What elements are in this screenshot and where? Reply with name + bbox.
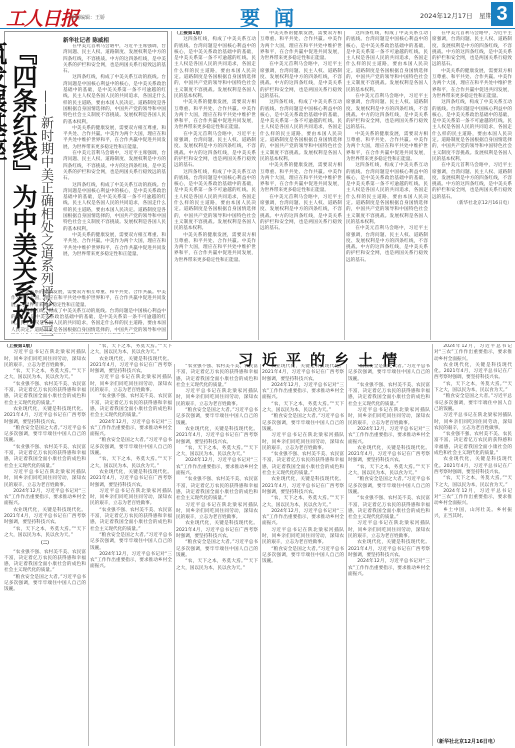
- paragraph: “粮食安全是国之大者。”习近平总书记多次强调，要牢牢端住中国人自己的饭碗。: [176, 408, 258, 427]
- paragraph: 习近平总书记在陕北梁家河插队时，同乡亲们同吃同住同劳动，深知农民的艰辛，立志为老…: [176, 503, 258, 522]
- paragraph: 农业现代化，关键是科技现代化。2021年4月，习近平总书记在广西考察时强调，要坚…: [262, 477, 344, 496]
- column-divider: [174, 364, 175, 746]
- paragraph: 习近平总书记在陕北梁家河插队时，同乡亲们同吃同住同劳动，深知农民的艰辛，立志为老…: [4, 350, 86, 369]
- paragraph: 这四条红线，构成了中美关系互动的底线。台湾问题是中国核心利益中的核心，是中美关系…: [63, 183, 166, 233]
- paragraph: “农业强不强、农村美不美、农民富不富，决定着亿万农民的获得感和幸福感，决定着我国…: [348, 383, 430, 408]
- paragraph: “农，天下之本，务莫大焉。”“天下之大，国以民为本，民以食为天。”: [176, 446, 258, 459]
- paragraph: 农业现代化，关键是科技现代化。2021年4月，习近平总书记在广西考察时强调，要坚…: [262, 364, 344, 383]
- paragraph: 农业现代化，关键是科技现代化。2021年4月，习近平总书记在广西考察时强调，要坚…: [348, 540, 430, 559]
- paragraph: 这四条红线，构成了中美关系互动的底线。台湾问题是中国核心利益中的核心，是中美关系…: [432, 100, 512, 163]
- paragraph: “农业强不强、农村美不美、农民富不富，决定着亿万农民的获得感和幸福感，决定着我国…: [90, 508, 172, 533]
- section-marker: （二）: [4, 541, 86, 547]
- paragraph: “农业强不强、农村美不美、农民富不富，决定着亿万农民的获得感和幸福感，决定着我国…: [4, 550, 86, 575]
- paragraph: 农业现代化，关键是科技现代化。2021年4月，习近平总书记在广西考察时强调，要坚…: [90, 357, 172, 376]
- paragraph: 中美关系的健康发展，需要双方相互尊重、和平共处、合作共赢。中美作为两个大国，理应…: [346, 132, 428, 163]
- paragraph: “农，天下之本，务莫大焉。”“天下之大，国以民为本，民以食为天。”: [434, 382, 512, 395]
- editor-credit: 要闻编辑：王娇: [70, 14, 105, 21]
- paragraph: 农业现代化，关键是科技现代化。2021年4月，习近平总书记在广西考察时强调，要坚…: [176, 521, 258, 540]
- paragraph: 这四条红线，构成了中美关系互动的底线。台湾问题是中国核心利益中的核心，是中美关系…: [346, 163, 428, 226]
- paragraph: 中美关系的健康发展，需要双方相互尊重、和平共处、合作共赢。中美作为两个大国，理应…: [260, 31, 342, 62]
- paragraph: 中美关系的健康发展，需要双方相互尊重、和平共处、合作共赢。中美作为两个大国，理应…: [260, 163, 342, 194]
- masthead: 工人日报 要闻编辑：王娇 要闻 2024年12月17日 星期二 3: [0, 0, 515, 30]
- issue-date: 2024年12月17日 星期二: [420, 11, 499, 20]
- paragraph: “农，天下之本，务莫大焉。”“天下之大，国以民为本，民以食为天。”: [90, 344, 172, 357]
- paragraph: 在中美元首利马会晤中，习近平主席强调，台湾问题、民主人权、道路制度、发展权利是中…: [432, 31, 512, 69]
- paragraph: “农业强不强、农村美不美、农民富不富，决定着亿万农民的获得感和幸福感，决定着我国…: [434, 432, 512, 457]
- column-divider: [260, 364, 261, 746]
- paragraph: “粮食安全是国之大者。”习近平总书记多次强调，要牢牢端住中国人自己的饭碗。: [90, 438, 172, 457]
- paragraph: 习近平总书记在陕北梁家河插队时，同乡亲们同吃同住同劳动，深知农民的艰辛，立志为老…: [348, 408, 430, 427]
- paragraph: “农，天下之本，务莫大焉。”“天下之大，国以民为本，民以食为天。”: [262, 496, 344, 509]
- column-divider: [430, 31, 431, 340]
- paragraph: 这四条红线，构成了中美关系互动的底线。台湾问题是中国核心利益中的核心，是中美关系…: [174, 170, 256, 233]
- paragraph: “粮食安全是国之大者。”习近平总书记多次强调，要牢牢端住中国人自己的饭碗。: [176, 540, 258, 559]
- column-divider: [88, 344, 89, 746]
- paragraph: “农业强不强、农村美不美、农民富不富，决定着亿万农民的获得感和幸福感，决定着我国…: [4, 445, 86, 470]
- bottom-article-col5: “粮食安全是国之大者。”习近平总书记多次强调，要牢牢端住中国人自己的饭碗。 “农…: [348, 364, 430, 746]
- paragraph: 农业现代化，关键是科技现代化。2021年4月，习近平总书记在广西考察时强调，要坚…: [90, 470, 172, 489]
- section-title: 要闻: [240, 2, 308, 31]
- paragraph: 农业现代化，关键是科技现代化。2021年4月，习近平总书记在广西考察时强调，要坚…: [434, 363, 512, 382]
- paragraph: “粮食安全是国之大者。”习近平总书记多次强调，要牢牢端住中国人自己的饭碗。: [4, 575, 86, 594]
- paragraph: 农业现代化，关键是科技现代化。2021年4月，习近平总书记在广西考察时强调，要坚…: [434, 457, 512, 476]
- paragraph: 习近平总书记在陕北梁家河插队时，同乡亲们同吃同住同劳动，深知农民的艰辛，立志为老…: [90, 489, 172, 508]
- paragraph: “粮食安全是国之大者。”习近平总书记多次强调，要牢牢端住中国人自己的饭碗。: [90, 533, 172, 552]
- top-article-col2: （上接第1版） 这四条红线，构成了中美关系互动的底线。台湾问题是中国核心利益中的…: [174, 31, 256, 340]
- paragraph: 中美关系的健康发展，需要双方相互尊重、和平共处、合作共赢。中美作为两个大国，理应…: [432, 69, 512, 100]
- paragraph: “农，天下之本，务莫大焉。”“天下之大，国以民为本，民以食为天。”: [176, 559, 258, 572]
- paragraph: “农，天下之本，务莫大焉。”“天下之大，国以民为本，民以食为天。”: [4, 527, 86, 540]
- paragraph: 在中美元首利马会晤中，习近平主席强调，台湾问题、民主人权、道路制度、发展权利是中…: [174, 132, 256, 170]
- top-article-dateline: （新华社北京12月16日电）: [432, 201, 512, 207]
- paragraph: 中美关系的健康发展，需要双方相互尊重、和平共处、合作共赢。中美作为两个大国，理应…: [11, 290, 166, 309]
- top-article-body-bottom: 中美关系的健康发展，需要双方相互尊重、和平共处、合作共赢。中美作为两个大国，理应…: [11, 290, 166, 334]
- paragraph: “农，天下之本，务莫大焉。”“天下之大，国以民为本，民以食为天。”: [4, 369, 86, 382]
- paragraph: 这四条红线，构成了中美关系互动的底线。台湾问题是中国核心利益中的核心，是中美关系…: [260, 100, 342, 163]
- paragraph: 中美关系的健康发展，需要双方相互尊重、和平共处、合作共赢。中美作为两个大国，理应…: [174, 233, 256, 264]
- continuation-marker: （上接第1版）: [174, 31, 205, 36]
- paragraph: “粮食安全是国之大者。”习近平总书记多次强调，要牢牢端住中国人自己的饭碗。: [262, 414, 344, 433]
- paragraph: 在中美元首利马会晤中，习近平主席强调，台湾问题、民主人权、道路制度、发展权利是中…: [432, 163, 512, 201]
- column-divider: [258, 31, 259, 340]
- paragraph: 中美关系的健康发展，需要双方相互尊重、和平共处、合作共赢。中美作为两个大国，理应…: [63, 126, 166, 151]
- bottom-article-col3: “农业强不强、农村美不美、农民富不富，决定着亿万农民的获得感和幸福感，决定着我国…: [176, 364, 258, 746]
- paragraph: 2024年12月，习近平总书记对“三农”工作作出重要指示，要求推动乡村全面振兴。: [90, 420, 172, 439]
- paragraph: 在中美元首利马会晤中，习近平主席强调，台湾问题、民主人权、道路制度、发展权利是中…: [260, 195, 342, 233]
- paragraph: 习近平总书记在陕北梁家河插队时，同乡亲们同吃同住同劳动，深知农民的艰辛，立志为老…: [262, 433, 344, 452]
- paragraph: “粮食安全是国之大者。”习近平总书记多次强调，要牢牢端住中国人自己的饭碗。: [348, 477, 430, 496]
- paragraph: “农业强不强、农村美不美、农民富不富，决定着亿万农民的获得感和幸福感，决定着我国…: [90, 394, 172, 419]
- page-number-badge: 3: [491, 2, 513, 26]
- paragraph: “粮食安全是国之大者。”习近平总书记多次强调，要牢牢端住中国人自己的饭碗。: [4, 426, 86, 445]
- paragraph: 这四条红线，构成了中美关系互动的底线。台湾问题是中国核心利益中的核心，是中美关系…: [63, 75, 166, 125]
- paragraph: 农业现代化，关键是科技现代化。2021年4月，习近平总书记在广西考察时强调，要坚…: [4, 508, 86, 527]
- paragraph: “农业强不强、农村美不美、农民富不富，决定着亿万农民的获得感和幸福感，决定着我国…: [4, 382, 86, 407]
- paragraph: 2024年12月，习近平总书记对“三农”工作作出重要指示，要求推动乡村全面振兴。: [348, 559, 430, 578]
- bottom-article-col4: 农业现代化，关键是科技现代化。2021年4月，习近平总书记在广西考察时强调，要坚…: [262, 364, 344, 746]
- paragraph: 农业现代化，关键是科技现代化。2021年4月，习近平总书记在广西考察时强调，要坚…: [348, 446, 430, 465]
- paragraph: 这四条红线，构成了中美关系互动的底线。台湾问题是中国核心利益中的核心，是中美关系…: [346, 31, 428, 94]
- paragraph: 习近平总书记在陕北梁家河插队时，同乡亲们同吃同住同劳动，深知农民的艰辛，立志为老…: [348, 521, 430, 540]
- paragraph: 在中美元首利马会晤中，习近平主席强调，台湾问题、民主人权、道路制度、发展权利是中…: [346, 226, 428, 264]
- paragraph: “农，天下之本，务莫大焉。”“天下之大，国以民为本，民以食为天。”: [348, 465, 430, 478]
- bottom-article-col6: 2024年12月，习近平总书记对“三农”工作作出重要指示，要求推动乡村全面振兴。…: [434, 344, 512, 736]
- paragraph: 习近平总书记在陕北梁家河插队时，同乡亲们同吃同住同劳动，深知农民的艰辛，立志为老…: [176, 389, 258, 408]
- paragraph: 2024年12月，习近平总书记对“三农”工作作出重要指示，要求推动乡村全面振兴。: [90, 552, 172, 571]
- paragraph: “粮食安全是国之大者。”习近平总书记多次强调，要牢牢端住中国人自己的饭碗。: [434, 394, 512, 413]
- paragraph: 农业现代化，关键是科技现代化。2021年4月，习近平总书记在广西考察时强调，要坚…: [176, 427, 258, 446]
- paragraph: 乡土中国，山河壮美。乡村振兴，正当其时。: [434, 508, 512, 521]
- paragraph: 这四条红线，构成了中美关系互动的底线。台湾问题是中国核心利益中的核心，是中美关系…: [174, 37, 256, 100]
- paragraph: 这四条红线，构成了中美关系互动的底线。台湾问题是中国核心利益中的核心，是中美关系…: [11, 309, 166, 334]
- bottom-article-col1: （上接第1版） 习近平总书记在陕北梁家河插队时，同乡亲们同吃同住同劳动，深知农民…: [4, 344, 86, 746]
- column-divider: [171, 31, 172, 340]
- newspaper-logo: 工人日报: [6, 4, 78, 31]
- top-article-byline: 新华社记者 陈威相: [63, 36, 109, 44]
- paragraph: 2024年12月，习近平总书记对“三农”工作作出重要指示，要求推动乡村全面振兴。: [4, 489, 86, 508]
- paragraph: 习近平总书记在陕北梁家河插队时，同乡亲们同吃同住同劳动，深知农民的艰辛，立志为老…: [262, 528, 344, 547]
- bottom-article-col2: “农，天下之本，务莫大焉。”“天下之大，国以民为本，民以食为天。” 农业现代化，…: [90, 344, 172, 746]
- column-divider: [344, 31, 345, 340]
- paragraph: 习近平总书记在陕北梁家河插队时，同乡亲们同吃同住同劳动，深知农民的艰辛，立志为老…: [4, 470, 86, 489]
- paragraph: 2024年12月，习近平总书记对“三农”工作作出重要指示，要求推动乡村全面振兴。: [176, 458, 258, 477]
- paragraph: “粮食安全是国之大者。”习近平总书记多次强调，要牢牢端住中国人自己的饭碗。: [262, 547, 344, 566]
- article-separator: [0, 341, 515, 342]
- paragraph: 2024年12月，习近平总书记对“三农”工作作出重要指示，要求推动乡村全面振兴。: [348, 427, 430, 446]
- top-article-col4: 这四条红线，构成了中美关系互动的底线。台湾问题是中国核心利益中的核心，是中美关系…: [346, 31, 428, 340]
- top-article-box: 『四条红线』为中美关系构筑发展基座 ——新时期中美正确相处之道系列评论之三 新华…: [4, 31, 168, 340]
- paragraph: 习近平总书记在陕北梁家河插队时，同乡亲们同吃同住同劳动，深知农民的艰辛，立志为老…: [90, 375, 172, 394]
- paragraph: 2024年12月，习近平总书记对“三农”工作作出重要指示，要求推动乡村全面振兴。: [262, 509, 344, 528]
- continuation-marker: （上接第1版）: [4, 344, 35, 349]
- bottom-article-dateline: （新华社北京12月16日电）: [434, 738, 498, 745]
- paragraph: “农业强不强、农村美不美、农民富不富，决定着亿万农民的获得感和幸福感，决定着我国…: [262, 452, 344, 477]
- paragraph: 2024年12月，习近平总书记对“三农”工作作出重要指示，要求推动乡村全面振兴。: [262, 383, 344, 402]
- column-divider: [432, 344, 433, 746]
- paragraph: 在中美元首利马会晤中，习近平主席强调，台湾问题、民主人权、道路制度、发展权利是中…: [63, 151, 166, 182]
- top-article-col3: 中美关系的健康发展，需要双方相互尊重、和平共处、合作共赢。中美作为两个大国，理应…: [260, 31, 342, 340]
- paragraph: 在中美元首利马会晤中，习近平主席强调，台湾问题、民主人权、道路制度、发展权利是中…: [260, 62, 342, 100]
- paragraph: 在中美元首利马会晤中，习近平主席强调，台湾问题、民主人权、道路制度、发展权利是中…: [63, 44, 166, 75]
- paragraph: “农，天下之本，务莫大焉。”“天下之大，国以民为本，民以食为天。”: [90, 457, 172, 470]
- top-article-body-col1: 在中美元首利马会晤中，习近平主席强调，台湾问题、民主人权、道路制度、发展权利是中…: [63, 44, 166, 318]
- paragraph: “粮食安全是国之大者。”习近平总书记多次强调，要牢牢端住中国人自己的饭碗。: [348, 364, 430, 383]
- paragraph: “农，天下之本，务莫大焉。”“天下之大，国以民为本，民以食为天。”: [434, 476, 512, 489]
- paragraph: “农业强不强、农村美不美、农民富不富，决定着亿万农民的获得感和幸福感，决定着我国…: [176, 477, 258, 502]
- top-article-col5: 在中美元首利马会晤中，习近平主席强调，台湾问题、民主人权、道路制度、发展权利是中…: [432, 31, 512, 340]
- paragraph: “农业强不强、农村美不美、农民富不富，决定着亿万农民的获得感和幸福感，决定着我国…: [176, 364, 258, 389]
- paragraph: 2024年12月，习近平总书记对“三农”工作作出重要指示，要求推动乡村全面振兴。: [434, 344, 512, 363]
- paragraph: 农业现代化，关键是科技现代化。2021年4月，习近平总书记在广西考察时强调，要坚…: [4, 407, 86, 426]
- paragraph: 中美关系的健康发展，需要双方相互尊重、和平共处、合作共赢。中美作为两个大国，理应…: [63, 233, 166, 258]
- paragraph: 在中美元首利马会晤中，习近平主席强调，台湾问题、民主人权、道路制度、发展权利是中…: [346, 94, 428, 132]
- column-divider: [346, 364, 347, 746]
- paragraph: 中美关系的健康发展，需要双方相互尊重、和平共处、合作共赢。中美作为两个大国，理应…: [174, 100, 256, 131]
- paragraph: 习近平总书记在陕北梁家河插队时，同乡亲们同吃同住同劳动，深知农民的艰辛，立志为老…: [434, 413, 512, 432]
- paragraph: 2024年12月，习近平总书记对“三农”工作作出重要指示，要求推动乡村全面振兴。: [434, 489, 512, 508]
- paragraph: “农，天下之本，务莫大焉。”“天下之大，国以民为本，民以食为天。”: [262, 402, 344, 415]
- paragraph: “农业强不强、农村美不美、农民富不富，决定着亿万农民的获得感和幸福感，决定着我国…: [348, 496, 430, 521]
- masthead-rule: [0, 28, 515, 29]
